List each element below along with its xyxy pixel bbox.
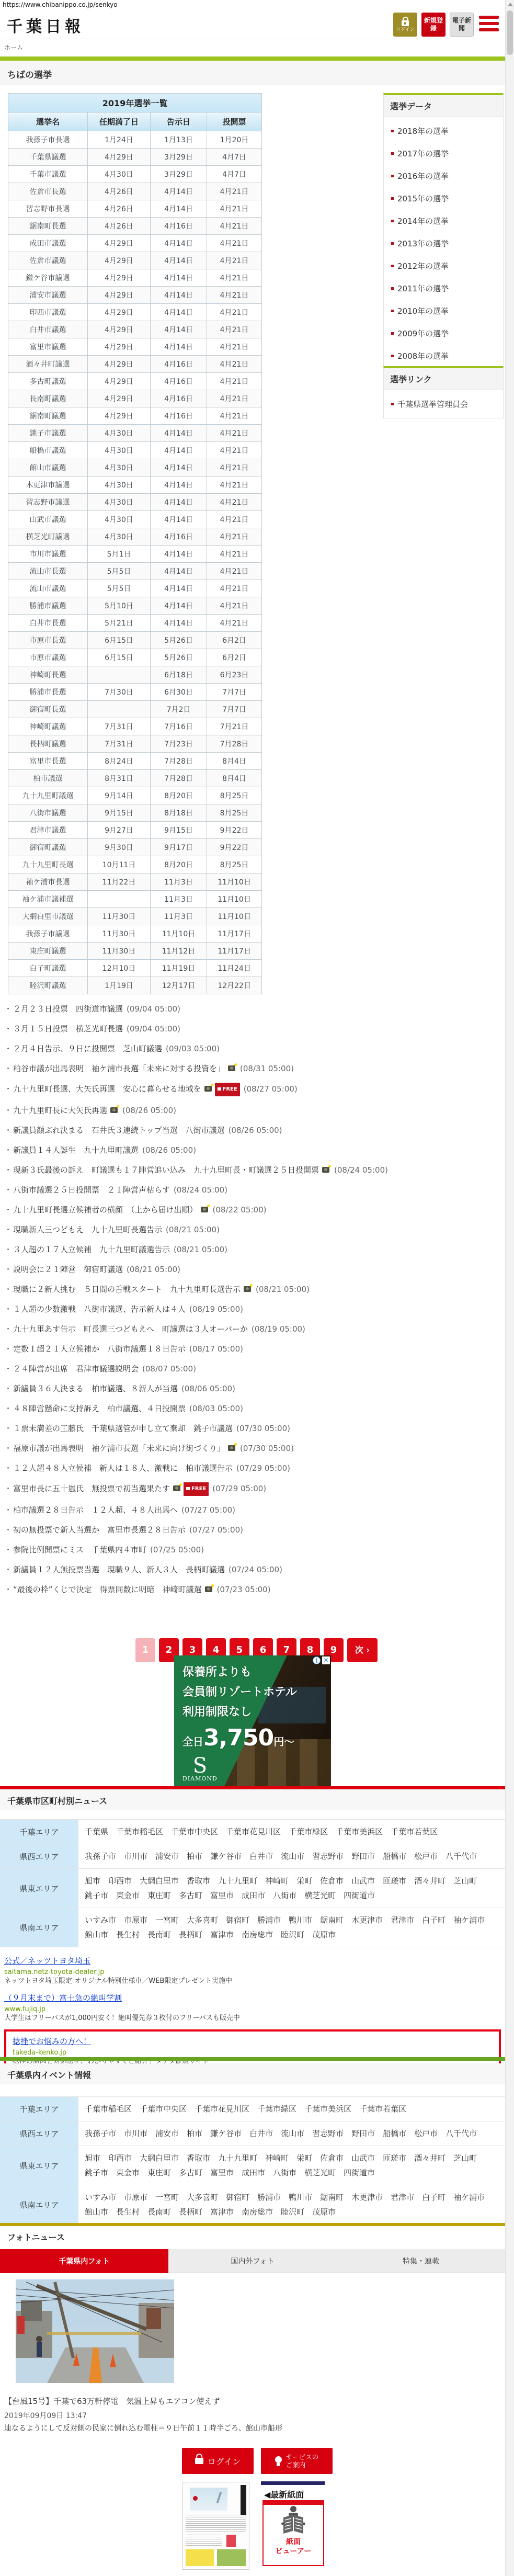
area-link[interactable]: 大網白里市 xyxy=(140,1874,179,1888)
news-date: (08/31 05:00) xyxy=(240,1064,294,1073)
election-cell: 11月30日 xyxy=(88,908,151,925)
area-link[interactable]: いすみ市 xyxy=(85,2190,116,2205)
election-cell xyxy=(88,891,151,908)
news-date: (08/22 05:00) xyxy=(213,1205,267,1215)
sidebar-data-link[interactable]: 2016年の選挙 xyxy=(397,172,449,181)
area-link[interactable]: 東金市 xyxy=(116,1888,140,1903)
election-row: 富里市議選4月29日4月14日4月21日 xyxy=(8,338,262,356)
news-item: ・４８陣営懸命に支持訴え 柏市議選、４日投開票(08/03 05:00) xyxy=(4,1403,505,1414)
election-cell: 市原市長選 xyxy=(8,632,88,649)
area-link[interactable]: 横芝光町 xyxy=(304,2165,336,2180)
area-link[interactable]: 長南町 xyxy=(147,1927,171,1942)
pagination-next[interactable]: 次 › xyxy=(347,1638,378,1662)
news-link[interactable]: 九十九里町長に大矢氏再選 xyxy=(13,1106,107,1115)
area-link[interactable]: 九十九里町 xyxy=(218,1874,257,1888)
area-link[interactable]: 野田市 xyxy=(351,1849,375,1864)
area-link[interactable]: 佐倉市 xyxy=(320,2151,344,2165)
news-link[interactable]: 初の無投票で新人当選か 富里市長選２８日告示 xyxy=(13,1525,186,1535)
election-cell: 君津市議選 xyxy=(8,822,88,839)
area-label: 千葉エリア xyxy=(0,1820,78,1844)
election-cell: 4月14日 xyxy=(151,269,207,287)
area-link[interactable]: 東庄町 xyxy=(147,1888,171,1903)
news-link[interactable]: 九十九里町長選、大矢氏再選 安心に暮らせる地域を xyxy=(13,1084,201,1094)
ad-banner[interactable]: 保養所よりも 会員制リゾートホテル 利用制限なし 全日3,750円～ S DIA… xyxy=(174,1655,331,1786)
menu-icon[interactable] xyxy=(479,16,499,33)
area-link[interactable]: 流山市 xyxy=(281,2126,304,2141)
yahoo-ad-url[interactable]: takeda-kenko.jp xyxy=(13,2048,493,2057)
bullet-icon: ・ xyxy=(4,1344,12,1354)
area-link[interactable]: 大多喜町 xyxy=(187,1913,218,1927)
news-link[interactable]: ２４陣営が出席 君津市議選説明会 xyxy=(13,1364,139,1374)
election-cell: 4月29日 xyxy=(88,269,151,287)
area-link[interactable]: 芝山町 xyxy=(453,2151,477,2165)
area-link[interactable]: 野田市 xyxy=(351,2126,375,2141)
news-item: ・九十九里町長に大矢氏再選(08/26 05:00) xyxy=(4,1105,505,1116)
area-link[interactable]: 香取市 xyxy=(187,1874,210,1888)
yahoo-ad-title[interactable]: （９月末まで）富士急の絶叫学割 xyxy=(4,1992,122,2003)
paper-viewer-line2: ビューアー xyxy=(264,2547,323,2556)
yahoo-ad-url[interactable]: www.fujiq.jp xyxy=(4,2005,501,2014)
yahoo-ad-title[interactable]: 捻挫でお悩みの方へ！ xyxy=(13,2036,91,2047)
election-cell: 4月14日 xyxy=(151,442,207,459)
breadcrumb[interactable]: ホーム xyxy=(4,43,23,52)
news-item: ・新議員１４人誕生 九十九里町議選(08/26 05:00) xyxy=(4,1144,505,1156)
election-row: 浦安市議選4月29日4月14日4月21日 xyxy=(8,287,262,304)
ad-line1: 保養所よりも xyxy=(182,1663,297,1683)
site-logo[interactable]: 千葉日報 xyxy=(7,14,84,37)
area-link[interactable]: 白子町 xyxy=(422,1913,446,1927)
news-link[interactable]: １人超の少数激戦 八街市議選、告示新人は４人 xyxy=(13,1304,186,1314)
bullet-icon: ・ xyxy=(4,1245,12,1254)
area-link[interactable]: 白井市 xyxy=(249,2126,273,2141)
news-link[interactable]: 八街市議選２５日投開票 ２１陣営声枯らす xyxy=(13,1185,170,1195)
election-cell: 4月14日 xyxy=(151,580,207,597)
area-link[interactable]: 船橋市 xyxy=(383,1849,406,1864)
news-link[interactable]: 新議員１２人無投票当選 現職９人、新人３人 長柄町議選 xyxy=(13,1565,225,1574)
news-link[interactable]: ２月２３日投票 四街道市議選 xyxy=(13,1004,123,1014)
election-cell: 4月21日 xyxy=(207,321,262,338)
election-cell: 4月16日 xyxy=(151,407,207,425)
area-link[interactable]: 多古町 xyxy=(179,2165,202,2180)
area-link[interactable]: 富里市 xyxy=(210,2165,234,2180)
election-cell: 4月16日 xyxy=(151,218,207,235)
area-link[interactable]: 九十九里町 xyxy=(218,2151,257,2165)
area-link[interactable]: 富津市 xyxy=(210,1927,234,1942)
area-link[interactable]: 勝浦市 xyxy=(257,1913,281,1927)
area-label: 県西エリア xyxy=(0,1844,78,1868)
scrollbar-up-arrow[interactable] xyxy=(508,3,513,6)
area-link[interactable]: 成田市 xyxy=(242,2165,265,2180)
election-cell: 富里市長選 xyxy=(8,753,88,770)
news-link[interactable]: 粕谷市議が出馬表明 袖ケ浦市長選「未来に対する投資を」 xyxy=(13,1064,225,1073)
area-link[interactable]: 市川市 xyxy=(124,1849,147,1864)
sidebar-data-link[interactable]: 2013年の選挙 xyxy=(397,239,449,248)
area-link[interactable]: 我孫子市 xyxy=(85,1849,116,1864)
photo-news-title: フォトニュース xyxy=(7,2231,65,2243)
election-row: 酒々井町議選4月29日4月16日4月21日 xyxy=(8,356,262,373)
bullet-icon: ・ xyxy=(4,1145,12,1155)
area-link[interactable]: 八千代市 xyxy=(446,2126,477,2141)
area-link[interactable]: 銚子市 xyxy=(85,1888,108,1903)
area-link[interactable]: 木更津市 xyxy=(351,1913,383,1927)
news-date: (07/29 05:00) xyxy=(236,1463,290,1473)
election-cell: 6月18日 xyxy=(151,666,207,684)
area-link[interactable]: 横芝光町 xyxy=(304,1888,336,1903)
area-link[interactable]: 長南町 xyxy=(147,2205,171,2219)
area-link[interactable]: 東金市 xyxy=(116,2165,140,2180)
area-link[interactable]: 成田市 xyxy=(242,1888,265,1903)
ad-line3: 利用制限なし xyxy=(182,1703,297,1722)
register-button[interactable]: 新規登録 xyxy=(421,13,446,37)
election-cell: 東庄町議選 xyxy=(8,943,88,960)
area-link[interactable]: 千葉市中央区 xyxy=(140,2102,187,2116)
area-link[interactable]: 君津市 xyxy=(391,2190,414,2205)
area-link[interactable]: 四街道市 xyxy=(344,1888,375,1903)
area-link[interactable]: 館山市 xyxy=(85,2205,108,2219)
area-link[interactable]: 四街道市 xyxy=(344,2165,375,2180)
newspaper-red-block xyxy=(226,2535,236,2547)
news-link[interactable]: １票未満差の工藤氏 千葉県選管が申し立て棄却 銚子市議選 xyxy=(13,1424,233,1433)
area-link[interactable]: 鴨川市 xyxy=(289,1913,312,1927)
area-link[interactable]: 千葉市美浜区 xyxy=(304,2102,351,2116)
sidebar-data-link[interactable]: 2018年の選挙 xyxy=(397,127,449,136)
area-row: 県南エリアいすみ市市原市一宮町大多喜町御宿町勝浦市鴨川市鋸南町木更津市君津市白子… xyxy=(0,1908,505,1947)
area-link[interactable]: 富津市 xyxy=(210,2205,234,2219)
news-link[interactable]: ２月４日告示、９日に投開票 芝山町議選 xyxy=(13,1044,162,1053)
election-cell: 4月21日 xyxy=(207,356,262,373)
election-cell: 9月22日 xyxy=(207,839,262,856)
area-link[interactable]: 船橋市 xyxy=(383,2126,406,2141)
news-link[interactable]: 九十九里町長選立候補者の横顔 （上から届け出順） xyxy=(13,1205,198,1215)
photo-news-image[interactable] xyxy=(16,2279,174,2383)
area-link[interactable]: 柏市 xyxy=(187,2126,202,2141)
area-link[interactable]: 千葉市美浜区 xyxy=(336,1824,383,1839)
news-date: (08/21 05:00) xyxy=(166,1225,220,1234)
election-row: 御宿町議選9月30日9月17日9月22日 xyxy=(8,839,262,856)
news-link[interactable]: ３月１５日投票 横芝光町長選 xyxy=(13,1024,123,1034)
election-cell: 4月29日 xyxy=(88,407,151,425)
area-link[interactable]: 千葉市若葉区 xyxy=(359,2102,406,2116)
area-link[interactable]: 佐倉市 xyxy=(320,1874,344,1888)
news-item: ・１人超の少数激戦 八街市議選、告示新人は４人(08/19 05:00) xyxy=(4,1303,505,1315)
election-cell: 4月21日 xyxy=(207,218,262,235)
election-cell: 4月30日 xyxy=(88,166,151,183)
election-cell: 4月21日 xyxy=(207,407,262,425)
election-row: 白子町議選12月10日11月19日11月24日 xyxy=(8,960,262,977)
area-link[interactable]: 香取市 xyxy=(187,2151,210,2165)
news-date: (08/21 05:00) xyxy=(127,1265,180,1274)
area-link[interactable]: 旭市 xyxy=(85,2151,100,2165)
news-item: ・３人超の１７人立候補 九十九里町議選告示(08/21 05:00) xyxy=(4,1244,505,1255)
scrollbar xyxy=(505,0,514,2576)
election-cell: 流山市長選 xyxy=(8,563,88,580)
election-cell: 8月4日 xyxy=(207,753,262,770)
news-link[interactable]: 新議員１４人誕生 九十九里町議選 xyxy=(13,1145,139,1155)
area-link[interactable]: 鴨川市 xyxy=(289,2190,312,2205)
news-item: ・新議員１２人無投票当選 現職９人、新人３人 長柄町議選(07/24 05:00… xyxy=(4,1564,505,1575)
area-link[interactable]: 鎌ケ谷市 xyxy=(210,1849,242,1864)
area-link[interactable]: 睦沢町 xyxy=(281,1927,304,1942)
area-link[interactable]: 木更津市 xyxy=(351,2190,383,2205)
area-link[interactable]: 一宮町 xyxy=(155,2190,179,2205)
election-row: 神崎町長選6月18日6月23日 xyxy=(8,666,262,684)
breadcrumb-home[interactable]: ホーム xyxy=(4,44,23,51)
area-link[interactable]: 習志野市 xyxy=(312,2126,344,2141)
area-link[interactable]: 銚子市 xyxy=(85,2165,108,2180)
news-link[interactable]: 説明会に２１陣営 御宿町議選 xyxy=(13,1265,123,1274)
area-link[interactable]: 山武市 xyxy=(351,2151,375,2165)
ad-close-icon[interactable]: ✕ xyxy=(322,1656,330,1664)
area-link[interactable]: いすみ市 xyxy=(85,1913,116,1927)
election-cell: 市川市議選 xyxy=(8,546,88,563)
news-item: ・２４陣営が出席 君津市議選説明会(08/07 05:00) xyxy=(4,1363,505,1375)
bullet-icon: ・ xyxy=(4,1106,12,1115)
election-cell: 横芝光町議選 xyxy=(8,528,88,546)
sidebar-link[interactable]: 千葉県選挙管理員会 xyxy=(397,400,468,409)
area-link[interactable]: 千葉市若葉区 xyxy=(391,1824,438,1839)
area-link[interactable]: 千葉県 xyxy=(85,1824,108,1839)
area-link[interactable]: 芝山町 xyxy=(453,1874,477,1888)
sidebar-data-link[interactable]: 2015年の選挙 xyxy=(397,194,449,203)
sidebar-data-link[interactable]: 2009年の選挙 xyxy=(397,329,449,338)
yahoo-ads-items: 公式／ネッツトヨタ埼玉saitama.netz-toyota-dealer.jp… xyxy=(4,1955,501,2072)
area-link[interactable]: 匝瑳市 xyxy=(383,1874,406,1888)
area-links: 千葉市稲毛区千葉市中央区千葉市花見川区千葉市緑区千葉市美浜区千葉市若葉区 xyxy=(78,2097,505,2121)
latest-paper-bar xyxy=(261,2481,325,2485)
area-link[interactable]: 南房総市 xyxy=(242,2205,273,2219)
municipal-news-title: 千葉県市区町村別ニュース xyxy=(0,1789,505,1807)
area-link[interactable]: 浦安市 xyxy=(155,2126,179,2141)
bullet-icon: ・ xyxy=(4,1525,12,1535)
yahoo-ad-url[interactable]: saitama.netz-toyota-dealer.jp xyxy=(4,1968,501,1977)
news-link[interactable]: 富里市長に五十嵐氏 無投票で初当選果たす xyxy=(13,1484,170,1493)
bullet-icon: ・ xyxy=(4,1324,12,1334)
newspaper-masthead xyxy=(241,2485,246,2515)
tab-特集・連載[interactable]: 特集・連載 xyxy=(337,2249,505,2273)
area-link[interactable]: 神崎町 xyxy=(265,2151,289,2165)
area-link[interactable]: 我孫子市 xyxy=(85,2126,116,2141)
area-link[interactable]: 神崎町 xyxy=(265,1874,289,1888)
area-link[interactable]: 勝浦市 xyxy=(257,2190,281,2205)
pagination-page-1[interactable]: 1 xyxy=(135,1638,155,1662)
ad-price-suffix: 円～ xyxy=(273,1735,294,1748)
newspaper-thumbnail[interactable] xyxy=(182,2482,249,2570)
election-cell: 印西市議選 xyxy=(8,304,88,321)
election-cell: 1月20日 xyxy=(207,131,262,149)
news-link[interactable]: １２人超４８人立候補 新人は１８人、激戦に 柏市議選告示 xyxy=(13,1463,233,1473)
news-link[interactable]: 参院比例開票にミス 千葉県内４市町 xyxy=(13,1545,146,1554)
area-link[interactable]: 印西市 xyxy=(108,1874,132,1888)
news-link[interactable]: ３人超の１７人立候補 九十九里町議選告示 xyxy=(13,1245,170,1254)
area-link[interactable]: 市原市 xyxy=(124,1913,147,1927)
area-link[interactable]: 白井市 xyxy=(249,1849,273,1864)
yahoo-ad-desc: 大学生はフリーパスが1,000円安く！絶叫優先券３枚付のフリーパスも販売中 xyxy=(4,2014,501,2023)
footer-service-button[interactable]: サービスの ご案内 xyxy=(261,2448,333,2474)
news-link[interactable]: 新議員３６人決まる 柏市議選、８新人が当選 xyxy=(13,1384,178,1393)
area-link[interactable]: 柏市 xyxy=(187,1849,202,1864)
election-cell: 11月19日 xyxy=(151,960,207,977)
area-link[interactable]: 千葉市花見川区 xyxy=(226,1824,281,1839)
tab-千葉県内フォト[interactable]: 千葉県内フォト xyxy=(0,2249,168,2273)
news-link[interactable]: 九十九里あす告示 町長選三つどもえへ 町議選は３人オーバーか xyxy=(13,1324,248,1334)
news-link[interactable]: 現職新人三つどもえ 九十九里町長選告示 xyxy=(13,1225,162,1234)
area-link[interactable]: 鋸南町 xyxy=(320,1913,344,1927)
area-link[interactable]: 千葉市緑区 xyxy=(257,2102,296,2116)
election-cell: 4月14日 xyxy=(151,563,207,580)
sidebar-data-item: 2013年の選挙 xyxy=(384,232,503,255)
area-link[interactable]: 千葉市花見川区 xyxy=(195,2102,249,2116)
area-link[interactable]: 白子町 xyxy=(422,2190,446,2205)
area-link[interactable]: 八千代市 xyxy=(446,1849,477,1864)
election-row: 山武市議選4月30日4月14日4月21日 xyxy=(8,511,262,528)
area-link[interactable]: 茂原市 xyxy=(312,1927,336,1942)
area-link[interactable]: 栄町 xyxy=(296,2151,312,2165)
news-link[interactable]: 定数１超２１人立候補か 八街市議選１８日告示 xyxy=(13,1344,186,1354)
area-link[interactable]: 市川市 xyxy=(124,2126,147,2141)
area-link[interactable]: 一宮町 xyxy=(155,1913,179,1927)
area-link[interactable]: 君津市 xyxy=(391,1913,414,1927)
area-label: 県東エリア xyxy=(0,1869,78,1908)
photo-article-title[interactable]: 【台風15号】千葉で63万軒停電 気温上昇もエアコン使えず xyxy=(4,2396,220,2407)
area-link[interactable]: 流山市 xyxy=(281,1849,304,1864)
area-link[interactable]: 千葉市緑区 xyxy=(289,1824,328,1839)
sidebar-data-link[interactable]: 2017年の選挙 xyxy=(397,149,449,158)
election-cell: 4月29日 xyxy=(88,390,151,407)
election-cell: 12月22日 xyxy=(207,977,262,994)
area-link[interactable]: 印西市 xyxy=(108,2151,132,2165)
area-link[interactable]: 市原市 xyxy=(124,2190,147,2205)
news-link[interactable]: 柏市議選２８日告示 １２人超、４８人出馬へ xyxy=(13,1505,178,1515)
area-label: 県南エリア xyxy=(0,1908,78,1947)
election-cell: 4月26日 xyxy=(88,200,151,218)
area-link[interactable]: 千葉市稲毛区 xyxy=(85,2102,132,2116)
election-row: 我孫子市長選1月24日1月13日1月20日 xyxy=(8,131,262,149)
sidebar-data-link[interactable]: 2010年の選挙 xyxy=(397,307,449,316)
news-link[interactable]: 新議員顔ぶれ決まる 石井氏３連続トップ当選 八街市議選 xyxy=(13,1126,225,1135)
news-date: (08/17 05:00) xyxy=(189,1344,243,1354)
election-cell: 10月11日 xyxy=(88,856,151,873)
area-link[interactable]: 山武市 xyxy=(351,1874,375,1888)
area-link[interactable]: 東庄町 xyxy=(147,2165,171,2180)
area-link[interactable]: 鋸南町 xyxy=(320,2190,344,2205)
news-item: ・現新３氏最後の訴え 町議選も１７陣営追い込み 九十九里町長・町議選２５日投開票… xyxy=(4,1164,505,1176)
election-cell: 4月29日 xyxy=(88,287,151,304)
epaper-button[interactable]: 電子新聞 xyxy=(450,13,474,37)
area-link[interactable]: 松戸市 xyxy=(414,1849,438,1864)
paper-viewer-label: 紙面 ビューアー xyxy=(264,2537,323,2556)
election-cell: 白井市議選 xyxy=(8,321,88,338)
election-cell: 7月28日 xyxy=(151,770,207,787)
sidebar-data-link[interactable]: 2012年の選挙 xyxy=(397,262,449,271)
news-date: (07/30 05:00) xyxy=(240,1444,294,1453)
latest-paper-label: ◀最新紙面 xyxy=(264,2488,304,2500)
sidebar-election-links: 選挙リンク 千葉県選挙管理員会 xyxy=(383,366,504,418)
area-link[interactable]: 酒々井町 xyxy=(414,2151,446,2165)
election-cell: 7月21日 xyxy=(207,718,262,735)
area-link[interactable]: 鎌ケ谷市 xyxy=(210,2126,242,2141)
election-cell: 鋸南町長選 xyxy=(8,218,88,235)
news-link[interactable]: ４８陣営懸命に支持訴え 柏市議選、４日投開票 xyxy=(13,1404,186,1413)
area-link[interactable]: 八街市 xyxy=(273,2165,296,2180)
news-link[interactable]: 現職に２新人挑む ５日間の舌戦スタート 九十九里町長選告示 xyxy=(13,1285,241,1294)
area-link[interactable]: 習志野市 xyxy=(312,1849,344,1864)
area-link[interactable]: 館山市 xyxy=(85,1927,108,1942)
lock-open-icon xyxy=(195,2458,203,2464)
area-link[interactable]: 袖ケ浦市 xyxy=(453,2190,485,2205)
election-cell: 8月4日 xyxy=(207,770,262,787)
area-link[interactable]: 富里市 xyxy=(210,1888,234,1903)
news-item: ・初の無投票で新人当選か 富里市長選２８日告示(07/27 05:00) xyxy=(4,1524,505,1536)
area-link[interactable]: 御宿町 xyxy=(226,1913,249,1927)
area-link[interactable]: 松戸市 xyxy=(414,2126,438,2141)
area-link[interactable]: 長生村 xyxy=(116,2205,140,2219)
area-link[interactable]: 長柄町 xyxy=(179,1927,202,1942)
area-link[interactable]: 千葉市稲毛区 xyxy=(116,1824,163,1839)
election-cell: 4月14日 xyxy=(151,183,207,200)
tab-国内外フォト[interactable]: 国内外フォト xyxy=(168,2249,337,2273)
area-link[interactable]: 酒々井町 xyxy=(414,1874,446,1888)
area-link[interactable]: 御宿町 xyxy=(226,2190,249,2205)
area-link[interactable]: 栄町 xyxy=(296,1874,312,1888)
ad-info-icon[interactable]: i xyxy=(313,1656,321,1664)
news-link[interactable]: “最後の枠”くじで決定 得票同数に明暗 神崎町議選 xyxy=(13,1585,202,1594)
bullet-icon: ・ xyxy=(4,1404,12,1413)
news-date: (08/24 05:00) xyxy=(174,1185,227,1195)
area-link[interactable]: 袖ケ浦市 xyxy=(453,1913,485,1927)
sidebar-data-link[interactable]: 2014年の選挙 xyxy=(397,217,449,226)
paper-viewer-button[interactable]: 紙面 ビューアー xyxy=(262,2500,324,2566)
bullet-icon: ・ xyxy=(4,1565,12,1574)
area-link[interactable]: 茂原市 xyxy=(312,2205,336,2219)
area-link[interactable]: 匝瑳市 xyxy=(383,2151,406,2165)
area-link[interactable]: 長生村 xyxy=(116,1927,140,1942)
area-link[interactable]: 浦安市 xyxy=(155,1849,179,1864)
election-cell: 4月29日 xyxy=(88,304,151,321)
area-link[interactable]: 千葉市中央区 xyxy=(171,1824,218,1839)
election-cell: 7月7日 xyxy=(207,684,262,701)
election-row: 市川市議選5月1日4月14日4月21日 xyxy=(8,546,262,563)
area-link[interactable]: 多古町 xyxy=(179,1888,202,1903)
photo-article-date: 2019年09月09日 13:47 xyxy=(4,2410,87,2421)
election-cell: 4月21日 xyxy=(207,304,262,321)
news-link[interactable]: 現新３氏最後の訴え 町議選も１７陣営追い込み 九十九里町長・町議選２５日投開票 xyxy=(13,1165,319,1175)
scrollbar-thumb[interactable] xyxy=(507,10,513,55)
election-cell: 4月14日 xyxy=(151,287,207,304)
area-link[interactable]: 大多喜町 xyxy=(187,2190,218,2205)
election-cell: 4月29日 xyxy=(88,252,151,269)
election-row: 千葉市議選4月30日3月29日4月7日 xyxy=(8,166,262,183)
election-cell: 5月26日 xyxy=(151,632,207,649)
sidebar-data-link[interactable]: 2011年の選挙 xyxy=(397,284,449,293)
area-link[interactable]: 八街市 xyxy=(273,1888,296,1903)
yahoo-ad-desc: ネッツトヨタ埼玉限定 オリジナル特別仕様車／WEB限定プレゼント実施中 xyxy=(4,1977,501,1985)
municipal-news-band: 千葉県市区町村別ニュース xyxy=(0,1789,505,1810)
election-cell: 御宿町長選 xyxy=(8,701,88,718)
page: https://www.chibanippo.co.jp/senkyo 千葉日報… xyxy=(0,0,514,2576)
news-date: (07/27 05:00) xyxy=(181,1505,235,1515)
bullet-icon: ・ xyxy=(4,1225,12,1234)
news-link[interactable]: 福原市議が出馬表明 袖ケ浦市長選「未来に向け街づくり」 xyxy=(13,1444,225,1453)
area-link[interactable]: 睦沢町 xyxy=(281,2205,304,2219)
yahoo-ad-title[interactable]: 公式／ネッツトヨタ埼玉 xyxy=(4,1955,90,1966)
login-button[interactable]: ログイン xyxy=(393,13,417,37)
sidebar-data-link[interactable]: 2008年の選挙 xyxy=(397,351,449,361)
area-link[interactable]: 大網白里市 xyxy=(140,2151,179,2165)
area-link[interactable]: 長柄町 xyxy=(179,2205,202,2219)
area-link[interactable]: 旭市 xyxy=(85,1874,100,1888)
area-link[interactable]: 南房総市 xyxy=(242,1927,273,1942)
footer-login-button[interactable]: ログイン xyxy=(182,2448,254,2474)
